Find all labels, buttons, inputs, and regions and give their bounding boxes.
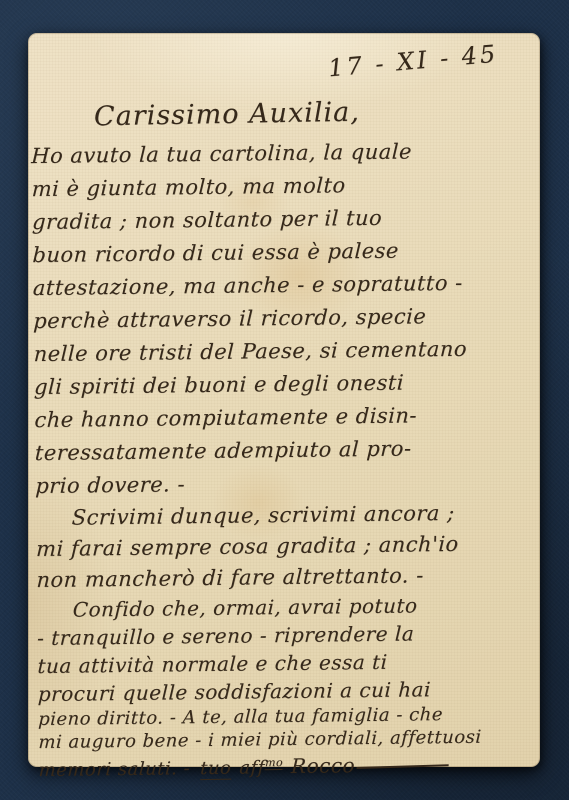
signature-closing-word: tuo	[200, 758, 232, 780]
photo-background: 17 - XI - 45 Carissimo Auxilia, Ho avuto…	[0, 0, 569, 800]
signature-name: Rocco	[291, 753, 356, 778]
letter-signature-line: memori saluti. -tuoaffmoRocco	[38, 748, 540, 782]
letter-date: 17 - XI - 45	[327, 40, 499, 83]
signature-abbreviation: aff	[239, 757, 265, 778]
signature-abbreviation-superscript: mo	[265, 756, 284, 770]
letter-salutation: Carissimo Auxilia,	[94, 97, 360, 133]
letter-line: memori saluti. -	[38, 758, 190, 781]
letter-body: Ho avuto la tua cartolina, la quale mi è…	[31, 134, 540, 782]
handwritten-postcard: 17 - XI - 45 Carissimo Auxilia, Ho avuto…	[28, 33, 540, 767]
signature-flourish	[357, 764, 449, 769]
